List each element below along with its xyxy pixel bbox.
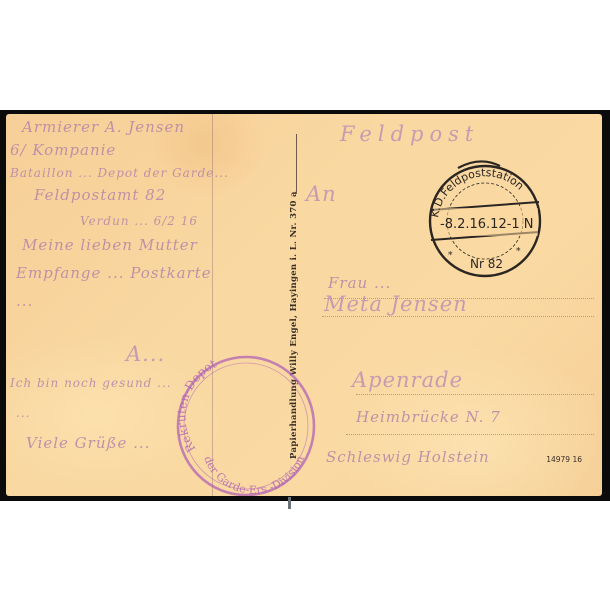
message-line-7: Viele Grüße ... — [26, 434, 150, 452]
sender-line-4: Feldpostamt 82 — [34, 186, 166, 204]
sender-line-1: Armierer A. Jensen — [22, 118, 185, 136]
recipient-street: Heimbrücke N. 7 — [356, 408, 501, 426]
message-line-5: Ich bin noch gesund ... — [10, 376, 172, 390]
scan-artifact — [288, 497, 291, 509]
postmark-date: -8.2.16.12-1 N — [440, 217, 534, 232]
address-line-3 — [356, 394, 594, 395]
sender-line-2: 6/ Kompanie — [10, 141, 116, 159]
postmark-star-left: * — [448, 251, 453, 261]
address-line-2 — [322, 316, 594, 317]
recipient-name: Meta Jensen — [324, 292, 468, 316]
sender-line-5: Verdun ... 6/2 16 — [80, 214, 198, 228]
feldpost-postmark: K.D.Feldpoststation -8.2.16.12-1 N * * N… — [420, 158, 550, 280]
postmark-star-right: * — [516, 247, 521, 257]
message-line-4: A... — [126, 342, 165, 366]
address-line-4 — [346, 434, 594, 435]
sender-line-3: Bataillon ... Depot der Garde... — [10, 166, 229, 180]
stamp-top-text: Rekruten-Depot — [174, 357, 218, 455]
recipient-city: Apenrade — [352, 368, 463, 392]
postcard: Armierer A. Jensen 6/ Kompanie Bataillon… — [6, 114, 602, 496]
recipient-region: Schleswig Holstein — [326, 448, 490, 466]
message-line-6: ... — [16, 406, 30, 420]
serial-number: 14979 16 — [546, 455, 582, 464]
feldpost-header: Feldpost — [340, 122, 479, 146]
regimental-stamp: Rekruten-Depot der Garde-Ers.-Division — [174, 354, 319, 496]
center-divider — [296, 134, 297, 194]
recipient-line-1: Frau ... — [328, 274, 391, 292]
postmark-bottom-text: Nr 82 — [470, 257, 503, 271]
message-line-2: Empfange ... Postkarte — [16, 264, 212, 282]
message-line-3: ... — [16, 292, 33, 310]
recipient-salutation: An — [306, 182, 337, 206]
svg-text:Rekruten-Depot: Rekruten-Depot — [174, 357, 218, 455]
message-line-1: Meine lieben Mutter — [22, 236, 198, 254]
